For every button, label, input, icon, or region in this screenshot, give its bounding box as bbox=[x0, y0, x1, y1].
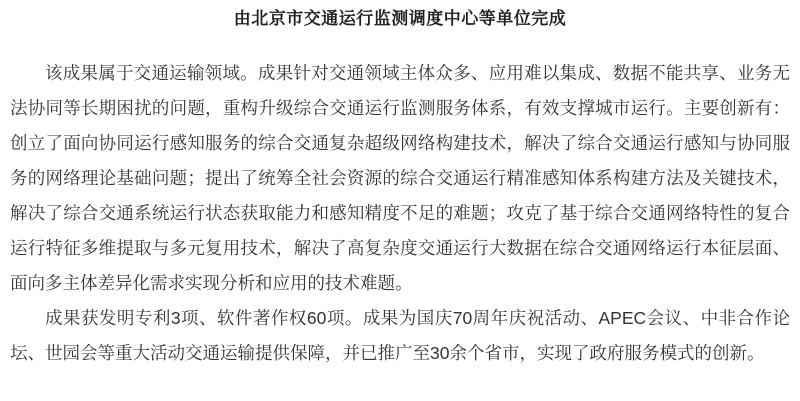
paragraph-overview: 该成果属于交通运输领域。成果针对交通领域主体众多、应用难以集成、数据不能共享、业… bbox=[10, 56, 790, 301]
document-page: 由北京市交通运行监测调度中心等单位完成 该成果属于交通运输领域。成果针对交通领域… bbox=[0, 0, 800, 371]
paragraph-achievements: 成果获发明专利3项、软件著作权60项。成果为国庆70周年庆祝活动、APEC会议、… bbox=[10, 301, 790, 371]
page-title: 由北京市交通运行监测调度中心等单位完成 bbox=[10, 8, 790, 30]
